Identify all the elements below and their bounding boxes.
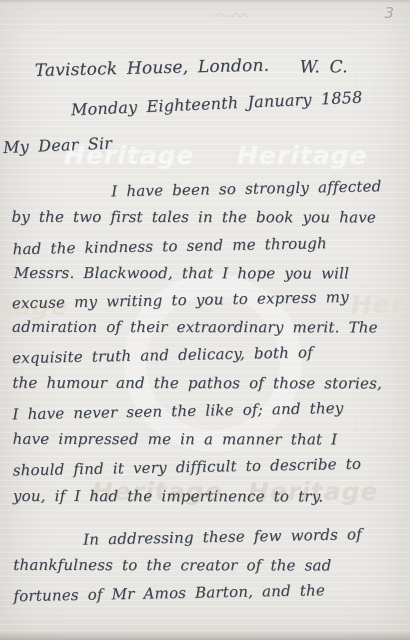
letter-line: Messrs. Blackwood, that I hope you will bbox=[14, 264, 349, 283]
letter-line: you, if I had the impertinence to try. bbox=[13, 487, 323, 506]
letter-line: have impressed me in a manner that I bbox=[13, 430, 338, 449]
letter-line: exquisite truth and delicacy, both of bbox=[12, 343, 313, 367]
letter-line: fortunes of Mr Amos Barton, and the bbox=[13, 581, 325, 605]
letter-line: admiration of their extraordinary merit.… bbox=[12, 318, 378, 337]
letter-line: had the kindness to send me through bbox=[12, 234, 327, 258]
letter-body: Tavistock House, London. W. C. Monday Ei… bbox=[0, 0, 410, 640]
letter-line: I have never seen the like of; and they bbox=[12, 399, 343, 423]
letter-salutation: My Dear Sir bbox=[3, 134, 113, 157]
letter-address: Tavistock House, London. bbox=[34, 56, 269, 81]
letter-date: Monday Eighteenth January 1858 bbox=[71, 88, 363, 120]
letter-line: I have been so strongly affected bbox=[111, 177, 381, 200]
letter-postal-district: W. C. bbox=[300, 57, 348, 77]
letter-page: 3 Heritage Heritage Heritage Heritage He… bbox=[0, 0, 410, 640]
letter-line: the humour and the pathos of those stori… bbox=[12, 374, 382, 393]
letter-line: In addressing these few words of bbox=[83, 525, 362, 548]
letter-line: by the two first tales in the book you h… bbox=[11, 208, 376, 227]
letter-line: thankfulness to the creator of the sad bbox=[13, 556, 331, 575]
letter-heading: Tavistock House, London. W. C. bbox=[0, 57, 409, 59]
letter-line: should find it very difficult to describ… bbox=[13, 455, 362, 480]
paper-bottom-edge bbox=[0, 631, 410, 640]
letter-line: excuse my writing to you to express my bbox=[12, 288, 349, 312]
